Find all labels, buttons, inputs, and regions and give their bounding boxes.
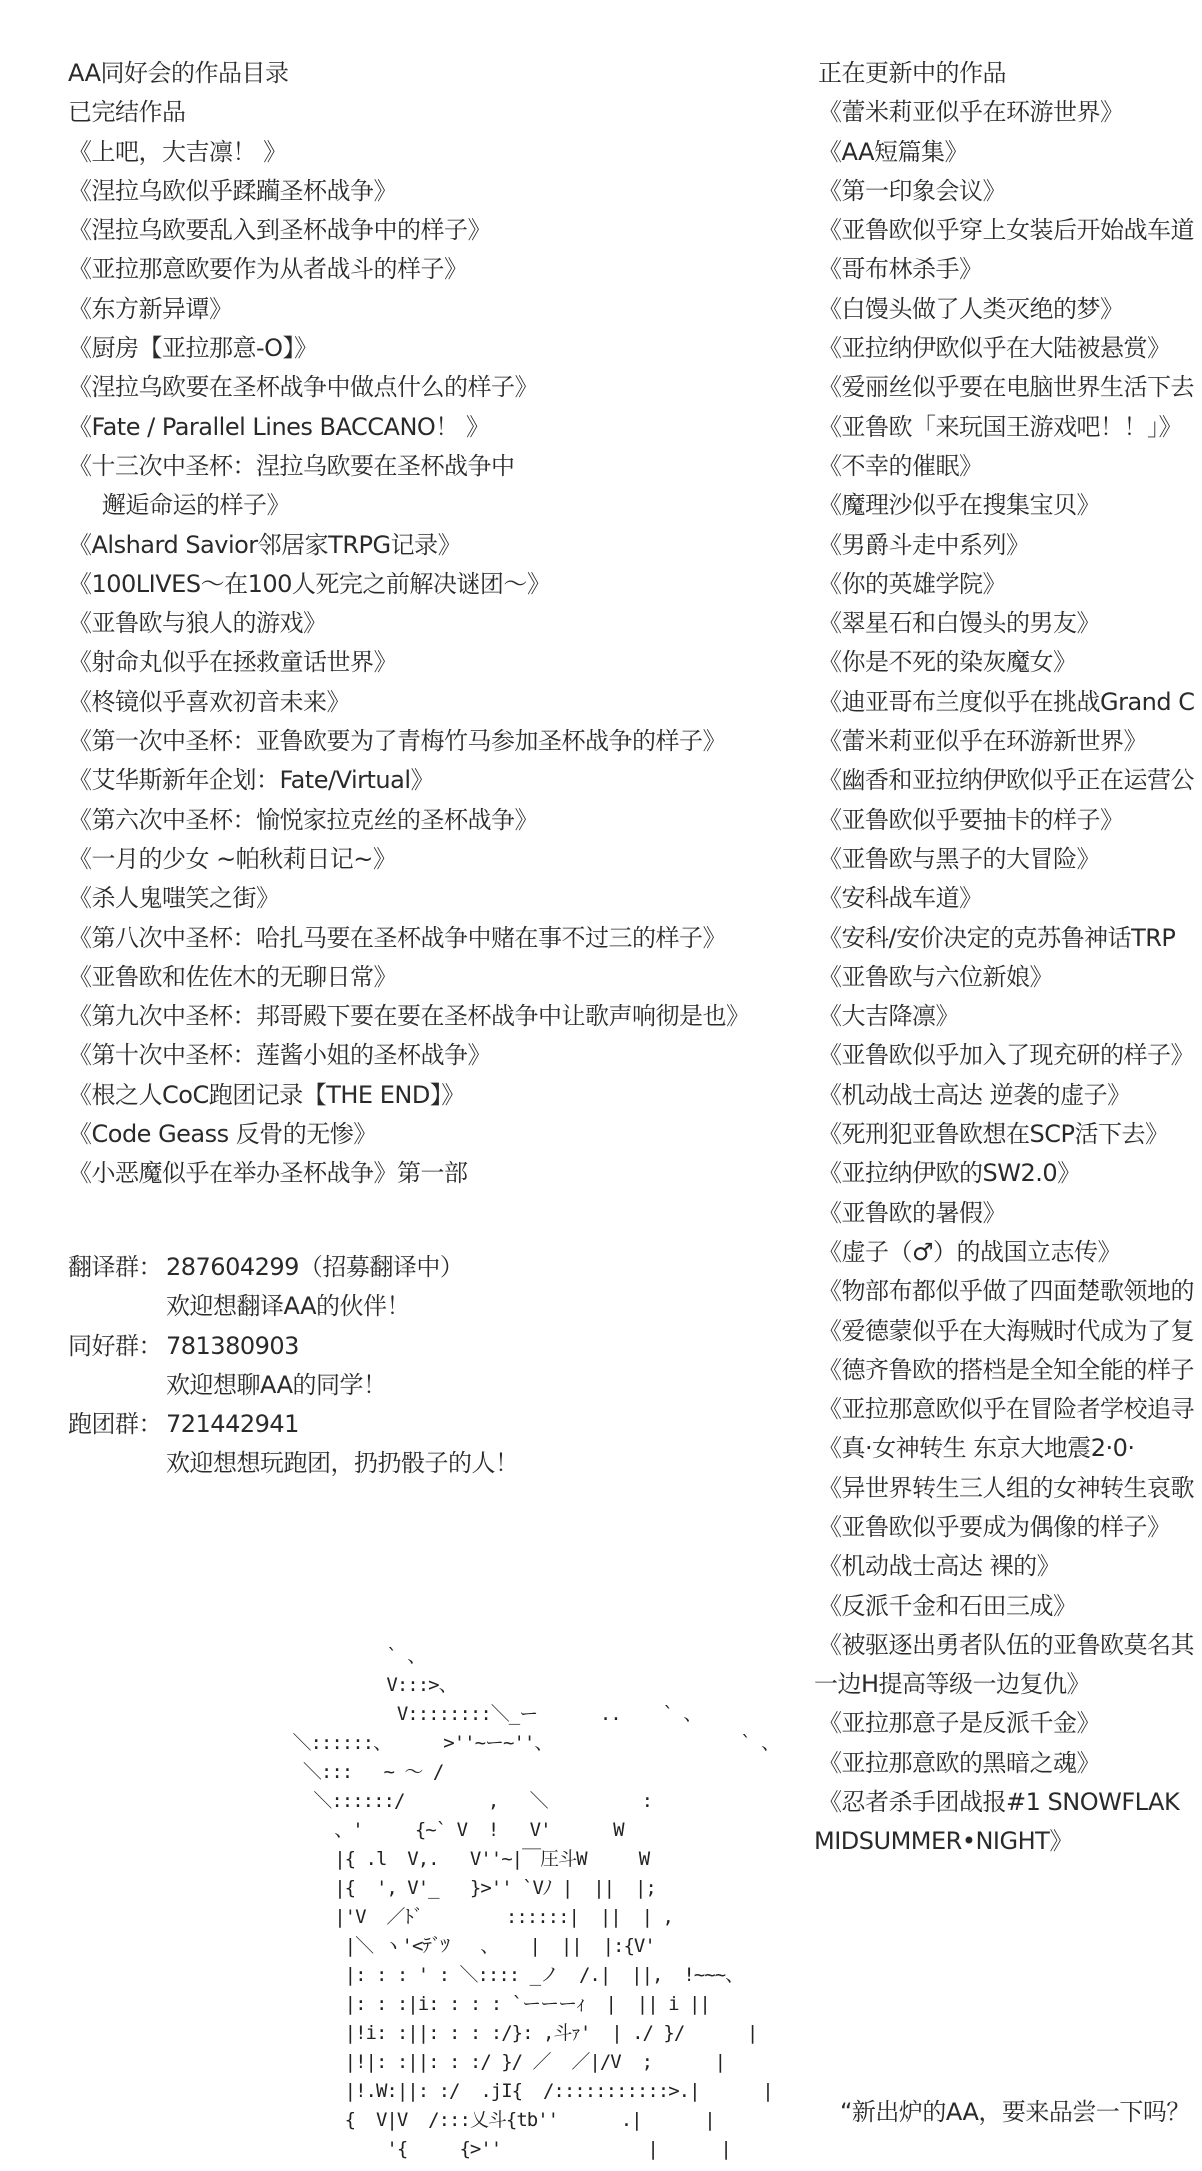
work-item[interactable]: 《第十次中圣杯：莲酱小姐的圣杯战争》 xyxy=(68,1036,808,1075)
work-item[interactable]: 《你是不死的染灰魔女》 xyxy=(818,643,1202,682)
work-item[interactable]: 《AA短篇集》 xyxy=(818,133,1202,172)
group-number: 781380903 xyxy=(166,1327,299,1366)
work-item[interactable]: 《亚鲁欧似乎穿上女装后开始战车道 xyxy=(818,211,1202,250)
work-item[interactable]: 《亚拉那意子是反派千金》 xyxy=(818,1704,1202,1743)
completed-works-list: 《上吧，大吉凛！ 》 《涅拉乌欧似乎蹂躏圣杯战争》 《涅拉乌欧要乱入到圣杯战争中… xyxy=(68,133,808,1194)
work-item[interactable]: 《迪亚哥布兰度似乎在挑战Grand C xyxy=(818,683,1202,722)
completed-works-column: AA同好会的作品目录 已完结作品 《上吧，大吉凛！ 》 《涅拉乌欧似乎蹂躏圣杯战… xyxy=(68,54,808,1194)
group-number: 721442941 xyxy=(166,1405,299,1444)
work-item[interactable]: 《第八次中圣杯：哈扎马要在圣杯战争中赌在事不过三的样子》 xyxy=(68,919,808,958)
work-item[interactable]: 《机动战士高达 逆袭的虚子》 xyxy=(818,1076,1202,1115)
work-item[interactable]: 《亚拉那意欧的黑暗之魂》 xyxy=(818,1744,1202,1783)
group-trpg-note: 欢迎想想玩跑团，扔扔骰子的人！ xyxy=(68,1444,519,1483)
work-item[interactable]: 《第九次中圣杯：邦哥殿下要在要在圣杯战争中让歌声响彻是也》 xyxy=(68,997,808,1036)
group-label: 同好群： xyxy=(68,1327,166,1366)
work-item[interactable]: 《安科战车道》 xyxy=(818,879,1202,918)
work-item[interactable]: 《白馒头做了人类灭绝的梦》 xyxy=(818,290,1202,329)
group-label: 翻译群： xyxy=(68,1248,166,1287)
work-item[interactable]: 《亚鲁欧似乎加入了现充研的样子》 xyxy=(818,1036,1202,1075)
page-title: AA同好会的作品目录 xyxy=(68,54,808,93)
group-note: 欢迎想翻译AA的伙伴！ xyxy=(166,1287,410,1326)
work-item[interactable]: 《被驱逐出勇者队伍的亚鲁欧莫名其 xyxy=(818,1626,1202,1665)
work-item[interactable]: 《反派千金和石田三成》 xyxy=(818,1587,1202,1626)
work-item[interactable]: 《艾华斯新年企划：Fate/Virtual》 xyxy=(68,761,808,800)
work-item[interactable]: 《小恶魔似乎在举办圣杯战争》第一部 xyxy=(68,1154,808,1193)
work-item[interactable]: 《亚鲁欧与六位新娘》 xyxy=(818,958,1202,997)
work-item[interactable]: 《根之人CoC跑团记录【THE END】》 xyxy=(68,1076,808,1115)
work-item[interactable]: 《男爵斗走中系列》 xyxy=(818,526,1202,565)
work-item[interactable]: 《柊镜似乎喜欢初音未来》 xyxy=(68,683,808,722)
work-item[interactable]: 《第六次中圣杯：愉悦家拉克丝的圣杯战争》 xyxy=(68,801,808,840)
ongoing-works-list: 《蕾米莉亚似乎在环游世界》 《AA短篇集》 《第一印象会议》 《亚鲁欧似乎穿上女… xyxy=(818,93,1202,1861)
work-item[interactable]: 《你的英雄学院》 xyxy=(818,565,1202,604)
ongoing-section-title: 正在更新中的作品 xyxy=(818,54,1202,93)
work-item-continuation[interactable]: 邂逅命运的样子》 xyxy=(68,486,808,525)
work-item[interactable]: 《Fate / Parallel Lines BACCANO！ 》 xyxy=(68,408,808,447)
work-item[interactable]: 《异世界转生三人组的女神转生哀歌 xyxy=(818,1469,1202,1508)
work-item[interactable]: 《蕾米莉亚似乎在环游新世界》 xyxy=(818,722,1202,761)
work-item[interactable]: 《爱德蒙似乎在大海贼时代成为了复 xyxy=(818,1312,1202,1351)
work-item[interactable]: 《涅拉乌欧似乎蹂躏圣杯战争》 xyxy=(68,172,808,211)
work-item[interactable]: 《上吧，大吉凛！ 》 xyxy=(68,133,808,172)
contact-groups: 翻译群： 287604299（招募翻译中） 欢迎想翻译AA的伙伴！ 同好群： 7… xyxy=(68,1248,519,1484)
work-item[interactable]: 《厨房【亚拉那意-O】》 xyxy=(68,329,808,368)
work-item[interactable]: 《十三次中圣杯：涅拉乌欧要在圣杯战争中 xyxy=(68,447,808,486)
work-item[interactable]: 《物部布都似乎做了四面楚歌领地的 xyxy=(818,1272,1202,1311)
ascii-art-character: ` 、 V:::>、 V::::::::＼_ー .. ` 、 ＼::::::、 … xyxy=(282,1642,779,2164)
work-item[interactable]: 《亚拉纳伊欧似乎在大陆被悬赏》 xyxy=(818,329,1202,368)
work-item[interactable]: 《射命丸似乎在拯救童话世界》 xyxy=(68,643,808,682)
work-item-continuation[interactable]: MIDSUMMER•NIGHT》 xyxy=(814,1822,1202,1861)
work-item[interactable]: 《亚鲁欧与黑子的大冒险》 xyxy=(818,840,1202,879)
work-item[interactable]: 《涅拉乌欧要乱入到圣杯战争中的样子》 xyxy=(68,211,808,250)
work-item[interactable]: 《亚鲁欧与狼人的游戏》 xyxy=(68,604,808,643)
work-item[interactable]: 《杀人鬼嗤笑之街》 xyxy=(68,879,808,918)
work-item[interactable]: 《爱丽丝似乎要在电脑世界生活下去 xyxy=(818,368,1202,407)
work-item[interactable]: 《涅拉乌欧要在圣杯战争中做点什么的样子》 xyxy=(68,368,808,407)
work-item-continuation[interactable]: 一边H提高等级一边复仇》 xyxy=(814,1665,1202,1704)
work-item[interactable]: 《亚鲁欧和佐佐木的无聊日常》 xyxy=(68,958,808,997)
ongoing-works-column: 正在更新中的作品 《蕾米莉亚似乎在环游世界》 《AA短篇集》 《第一印象会议》 … xyxy=(818,54,1202,1862)
work-item[interactable]: 《机动战士高达 裸的》 xyxy=(818,1547,1202,1586)
work-item[interactable]: 《德齐鲁欧的搭档是全知全能的样子 xyxy=(818,1351,1202,1390)
work-item[interactable]: 《Code Geass 反骨的无惨》 xyxy=(68,1115,808,1154)
work-item[interactable]: 《第一印象会议》 xyxy=(818,172,1202,211)
work-item[interactable]: 《东方新异谭》 xyxy=(68,290,808,329)
work-item[interactable]: 《魔理沙似乎在搜集宝贝》 xyxy=(818,486,1202,525)
work-item[interactable]: 《忍者杀手团战报#1 SNOWFLAK xyxy=(818,1783,1202,1822)
group-translation-note: 欢迎想翻译AA的伙伴！ xyxy=(68,1287,519,1326)
completed-section-title: 已完结作品 xyxy=(68,93,808,132)
work-item[interactable]: 《翠星石和白馒头的男友》 xyxy=(818,604,1202,643)
work-item[interactable]: 《亚鲁欧似乎要成为偶像的样子》 xyxy=(818,1508,1202,1547)
work-item[interactable]: 《第一次中圣杯：亚鲁欧要为了青梅竹马参加圣杯战争的样子》 xyxy=(68,722,808,761)
group-translation: 翻译群： 287604299（招募翻译中） xyxy=(68,1248,519,1287)
work-item[interactable]: 《亚拉那意欧要作为从者战斗的样子》 xyxy=(68,250,808,289)
work-item[interactable]: 《蕾米莉亚似乎在环游世界》 xyxy=(818,93,1202,132)
work-item[interactable]: 《大吉降凛》 xyxy=(818,997,1202,1036)
work-item[interactable]: 《Alshard Savior邻居家TRPG记录》 xyxy=(68,526,808,565)
group-note: 欢迎想聊AA的同学！ xyxy=(166,1366,387,1405)
work-item[interactable]: 《亚拉纳伊欧的SW2.0》 xyxy=(818,1154,1202,1193)
group-label: 跑团群： xyxy=(68,1405,166,1444)
work-item[interactable]: 《哥布林杀手》 xyxy=(818,250,1202,289)
work-item[interactable]: 《亚鲁欧「来玩国王游戏吧！！」》 xyxy=(818,408,1202,447)
group-fans: 同好群： 781380903 xyxy=(68,1327,519,1366)
work-item[interactable]: 《亚鲁欧的暑假》 xyxy=(818,1194,1202,1233)
work-item[interactable]: 《安科/安价决定的克苏鲁神话TRP xyxy=(818,919,1202,958)
speech-caption: “新出炉的AA，要来品尝一下吗？ xyxy=(840,2092,1190,2127)
group-trpg: 跑团群： 721442941 xyxy=(68,1405,519,1444)
work-item[interactable]: 《不幸的催眠》 xyxy=(818,447,1202,486)
work-item[interactable]: 《一月的少女 ~帕秋莉日记~》 xyxy=(68,840,808,879)
work-item[interactable]: 《真·女神转生 东京大地震2·0· xyxy=(818,1429,1202,1468)
work-item[interactable]: 《死刑犯亚鲁欧想在SCP活下去》 xyxy=(818,1115,1202,1154)
work-item[interactable]: 《亚拉那意欧似乎在冒险者学校追寻 xyxy=(818,1390,1202,1429)
work-item[interactable]: 《100LIVES～在100人死完之前解决谜团～》 xyxy=(68,565,808,604)
group-fans-note: 欢迎想聊AA的同学！ xyxy=(68,1366,519,1405)
group-note: 欢迎想想玩跑团，扔扔骰子的人！ xyxy=(166,1444,519,1483)
work-item[interactable]: 《幽香和亚拉纳伊欧似乎正在运营公 xyxy=(818,761,1202,800)
work-item[interactable]: 《虚子（♂）的战国立志传》 xyxy=(818,1233,1202,1272)
group-number: 287604299（招募翻译中） xyxy=(166,1248,463,1287)
work-item[interactable]: 《亚鲁欧似乎要抽卡的样子》 xyxy=(818,801,1202,840)
